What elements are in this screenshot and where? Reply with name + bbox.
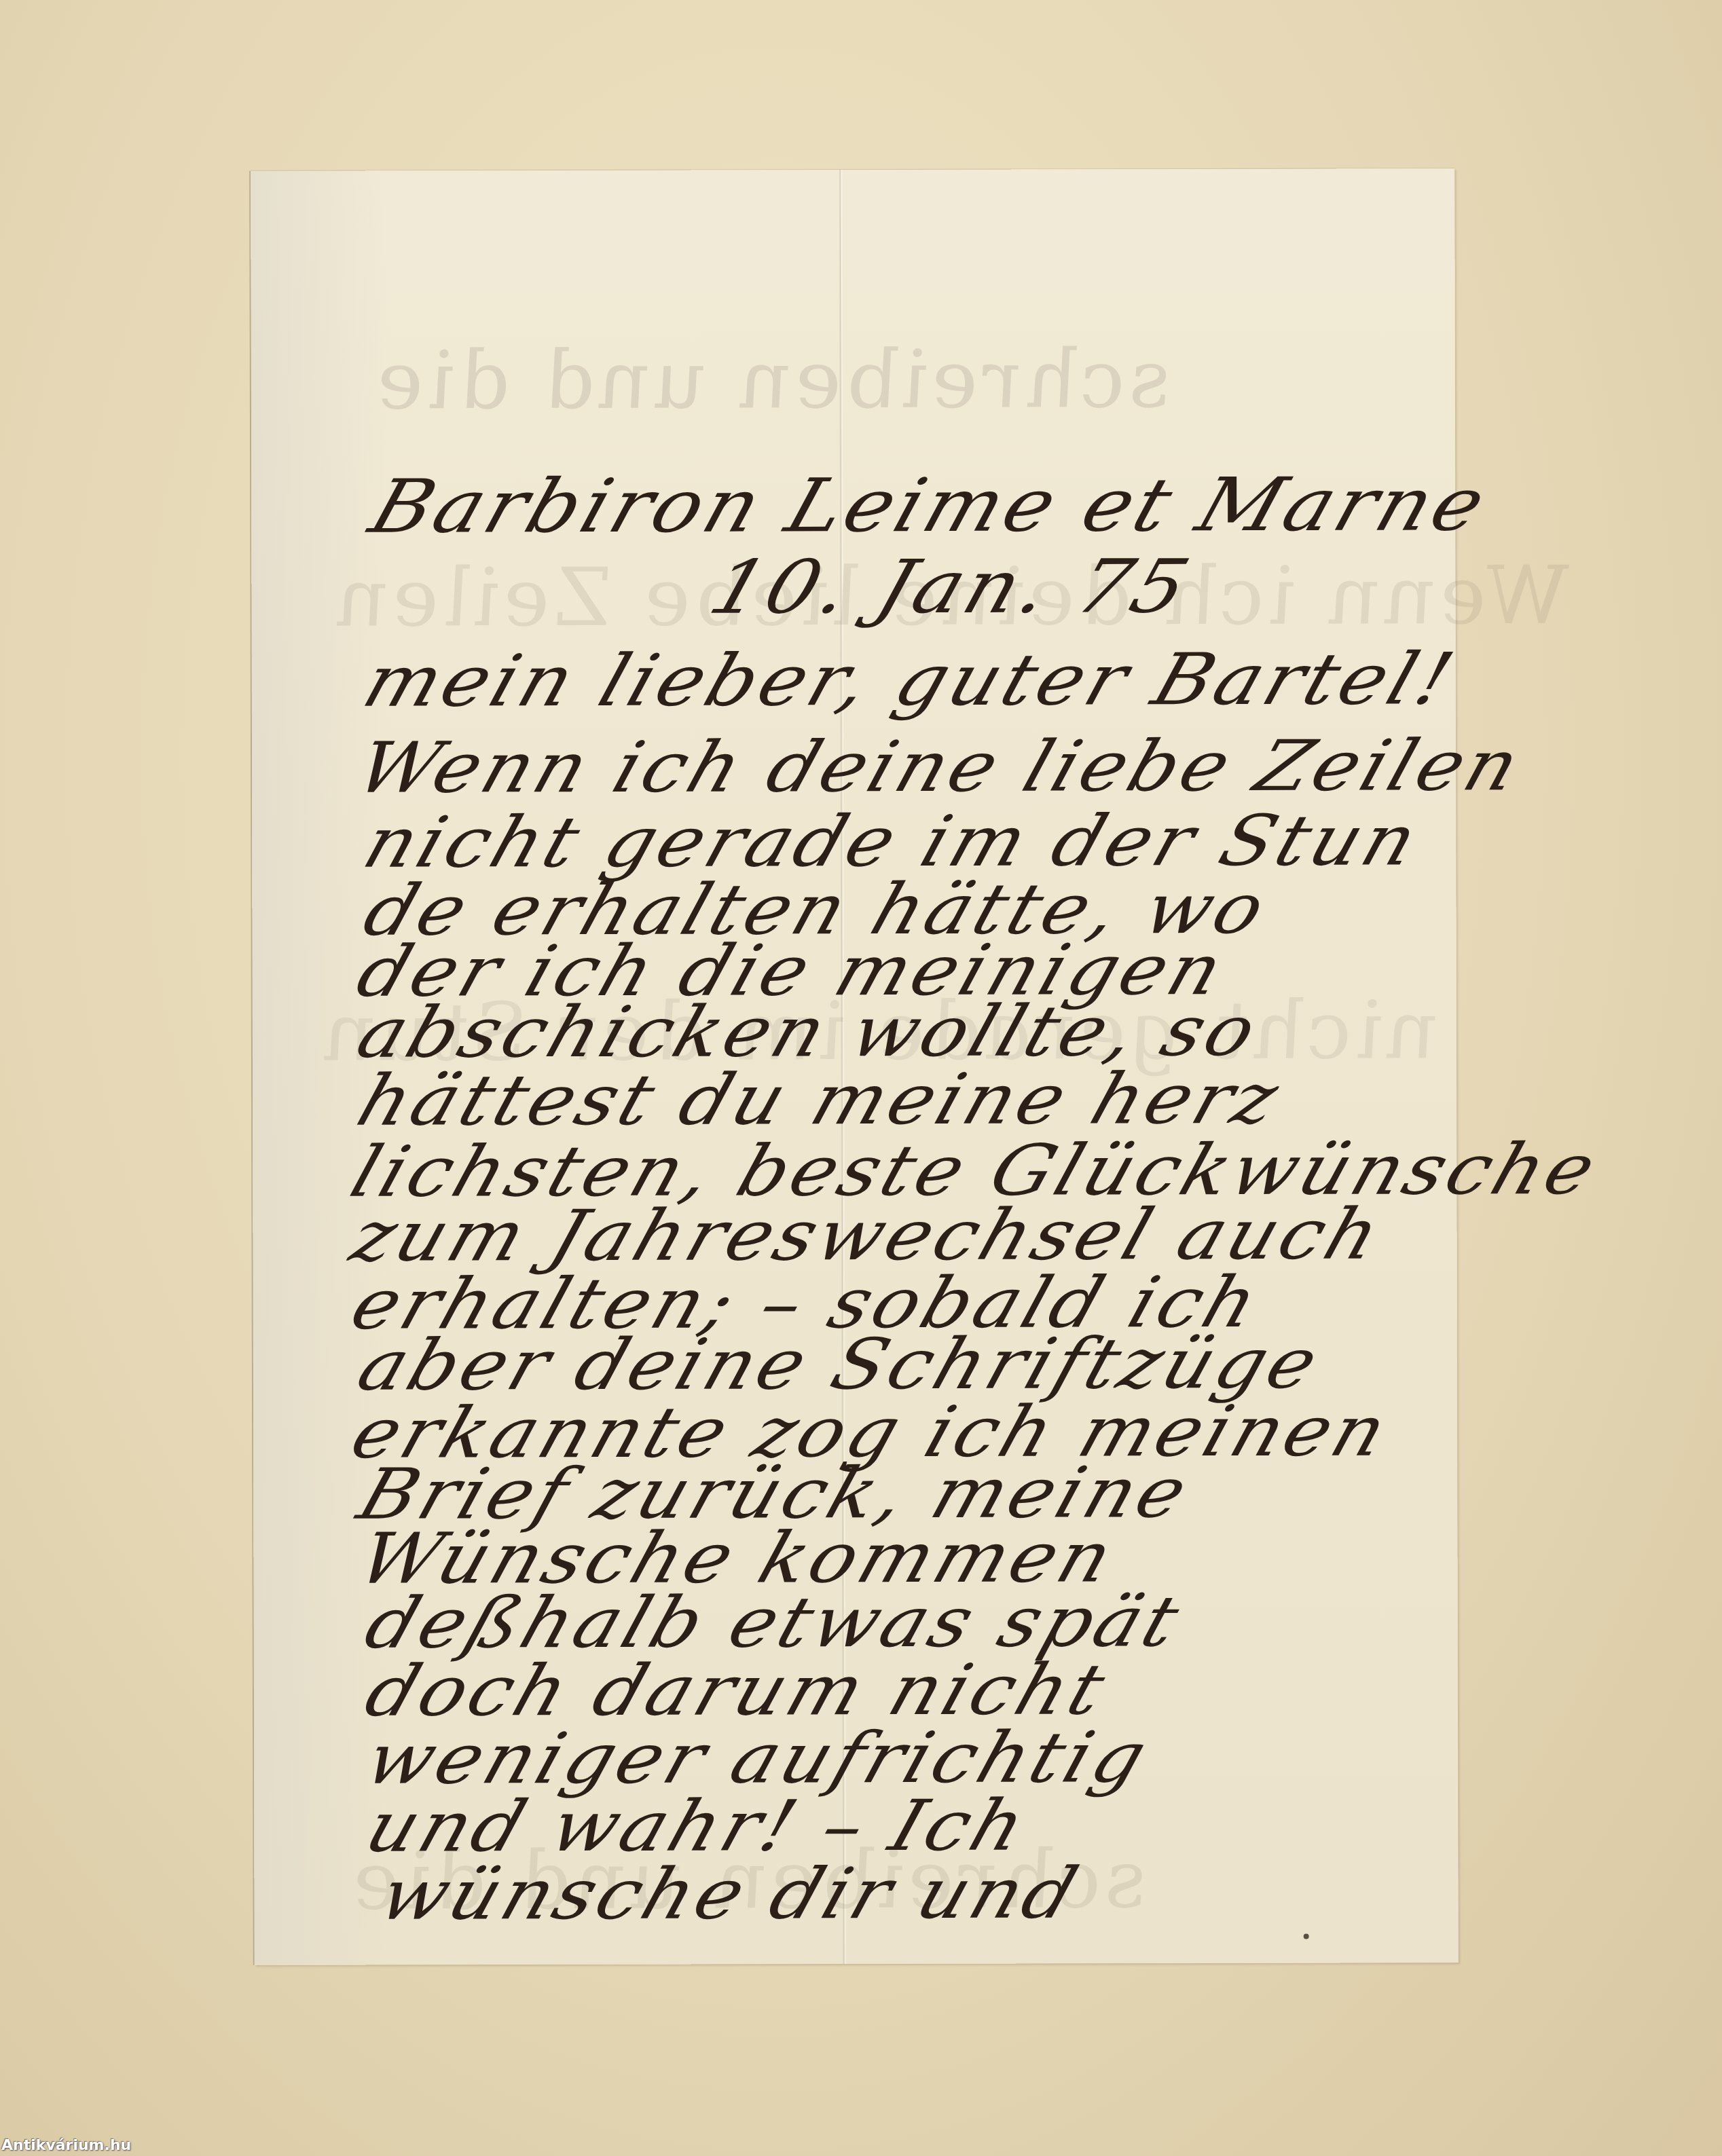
letter-date: 10. Jan. 75 (700, 543, 1203, 631)
letter-line: wünsche dir und (370, 1853, 1091, 1936)
watermark: Antikvárium.hu (1, 2137, 131, 2154)
ink-speck (1304, 1934, 1309, 1939)
letter-salutation: mein lieber, guter Bartel! (354, 637, 1467, 723)
letter-line: hättest du meine herz (348, 1058, 1291, 1142)
bleed-through-text: schreiben und die (362, 332, 1184, 428)
letter-place: Barbiron Leime et Marne (360, 461, 1499, 549)
letter-paper: schreiben und die Wenn ich deine liebe Z… (251, 168, 1459, 1965)
letter-line: Wenn ich deine liebe Zeilen (347, 725, 1532, 809)
